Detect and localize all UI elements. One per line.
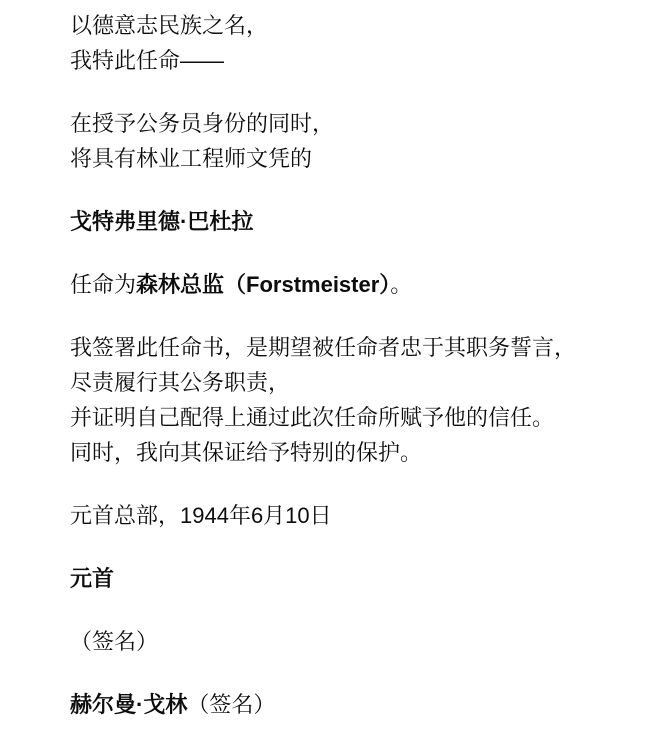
paragraph-appointee-name: 戈特弗里德·巴杜拉 <box>70 204 598 239</box>
document-page: 以德意志民族之名，我特此任命—— 在授予公务员身份的同时，将具有林业工程师文凭的… <box>0 0 646 749</box>
fuhrer-title: 元首 <box>70 566 114 591</box>
paragraph-dateline: 元首总部，1944年6月10日 <box>70 498 598 533</box>
paragraph-grant: 在授予公务员身份的同时，将具有林业工程师文凭的 <box>70 106 598 176</box>
signature-placeholder: （签名） <box>70 629 158 654</box>
appointment-period: 。 <box>390 272 412 297</box>
pledge-line-4: 同时，我向其保证给予特别的保护。 <box>70 440 422 465</box>
appointee-name: 戈特弗里德·巴杜拉 <box>70 209 253 234</box>
grant-line-1: 在授予公务员身份的同时， <box>70 111 334 136</box>
pledge-line-3: 并证明自己配得上通过此次任命所赋予他的信任。 <box>70 405 554 430</box>
opening-line-1: 以德意志民族之名， <box>70 13 268 38</box>
pledge-line-2: 尽责履行其公务职责， <box>70 370 290 395</box>
paragraph-appointment: 任命为森林总监（Forstmeister）。 <box>70 267 598 302</box>
countersignature-note: （签名） <box>187 692 275 717</box>
dateline-text: 元首总部，1944年6月10日 <box>70 503 332 528</box>
appointment-title: 森林总监（Forstmeister） <box>136 272 390 297</box>
paragraph-signature-placeholder: （签名） <box>70 624 598 659</box>
pledge-line-1: 我签署此任命书，是期望被任命者忠于其职务誓言， <box>70 335 576 360</box>
paragraph-countersignature: 赫尔曼·戈林（签名） <box>70 687 598 722</box>
paragraph-opening: 以德意志民族之名，我特此任命—— <box>70 8 598 78</box>
appointment-prefix: 任命为 <box>70 272 136 297</box>
countersignature-name: 赫尔曼·戈林 <box>70 692 187 717</box>
paragraph-fuhrer-title: 元首 <box>70 561 598 596</box>
grant-line-2: 将具有林业工程师文凭的 <box>70 146 312 171</box>
opening-line-2: 我特此任命—— <box>70 48 224 73</box>
paragraph-pledge: 我签署此任命书，是期望被任命者忠于其职务誓言，尽责履行其公务职责，并证明自己配得… <box>70 330 598 470</box>
